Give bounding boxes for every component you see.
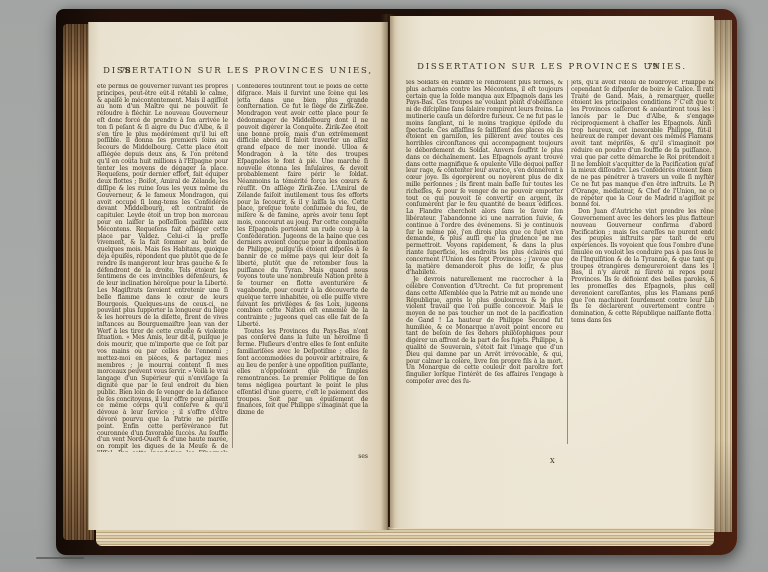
left-page-column-1: été permis de gouverner ſuivant ſes prop… [97, 84, 228, 452]
body-paragraph: Je devrois naturellement me raccrocher à… [406, 277, 563, 386]
left-running-title: DISSERTATION SUR LES PROVINCES UNIES, [88, 66, 388, 76]
left-page-catchword: ses [343, 453, 368, 460]
left-page-column-2: Confédérés ſoutinrent tout le poids de c… [237, 84, 368, 452]
body-paragraph: Don Juan d'Autriche vint prendre les rên… [571, 209, 714, 325]
right-page-fore-edge [713, 20, 732, 532]
right-page: DISSERTATION SUR LES PROVINCES UNIES. 79… [390, 16, 714, 528]
right-page-number: 79 [647, 62, 658, 72]
book-scan-stage: 78 DISSERTATION SUR LES PROVINCES UNIES,… [0, 0, 768, 572]
body-paragraph: ſes Soldats en Flandre ſe rendroient plu… [406, 80, 563, 277]
right-page-column-1: ſes Soldats en Flandre ſe rendroient plu… [406, 80, 563, 448]
body-paragraph: Toutes les Provinces du Pays-Bas n'ont p… [237, 329, 368, 417]
right-page-catchword: ben- [700, 453, 714, 460]
right-page-column-2: jets, qu'il avoit réſolu de foudroyer. P… [571, 80, 714, 448]
right-page-signature-mark: X [550, 457, 555, 465]
body-paragraph: été permis de gouverner ſuivant ſes prop… [97, 84, 228, 452]
gutter-shadow [381, 14, 395, 530]
body-paragraph: jets, qu'il avoit réſolu de foudroyer. P… [571, 80, 714, 209]
right-running-title: DISSERTATION SUR LES PROVINCES UNIES. [390, 62, 714, 72]
scan-credit-line [36, 557, 84, 559]
left-page: 78 DISSERTATION SUR LES PROVINCES UNIES,… [88, 22, 388, 530]
left-page-column-divider [232, 84, 233, 448]
body-paragraph: Confédérés ſoutinrent tout le poids de c… [237, 84, 368, 329]
right-page-column-divider [567, 80, 568, 444]
